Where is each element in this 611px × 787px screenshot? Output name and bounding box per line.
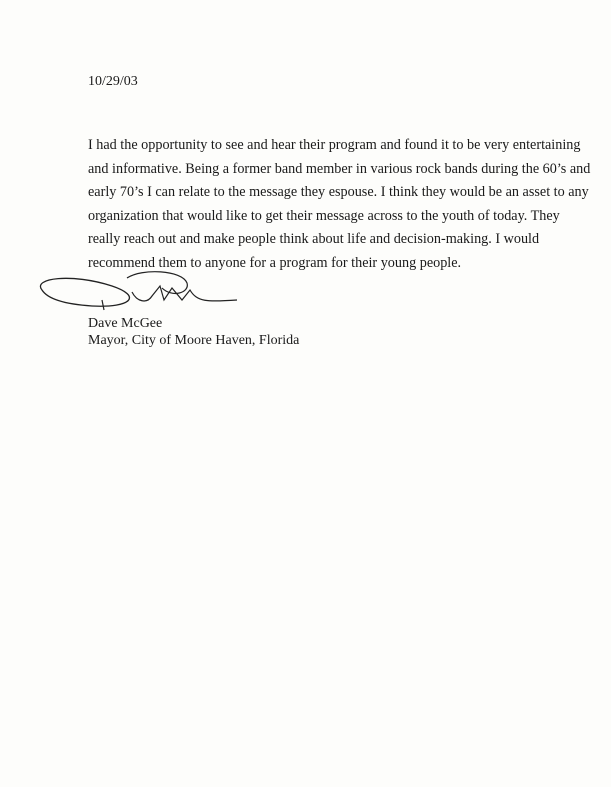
signer-block: Dave McGee Mayor, City of Moore Haven, F… <box>88 315 299 349</box>
signer-name: Dave McGee <box>88 315 299 332</box>
signer-title: Mayor, City of Moore Haven, Florida <box>88 332 299 349</box>
letter-date: 10/29/03 <box>88 74 138 90</box>
body-line: really reach out and make people think a… <box>88 228 588 252</box>
letter-body: I had the opportunity to see and hear th… <box>88 134 588 275</box>
body-line: early 70’s I can relate to the message t… <box>88 181 588 205</box>
body-line: I had the opportunity to see and hear th… <box>88 134 588 158</box>
signature-icon <box>32 268 252 318</box>
body-line: and informative. Being a former band mem… <box>88 158 588 182</box>
body-line: organization that would like to get thei… <box>88 205 588 229</box>
